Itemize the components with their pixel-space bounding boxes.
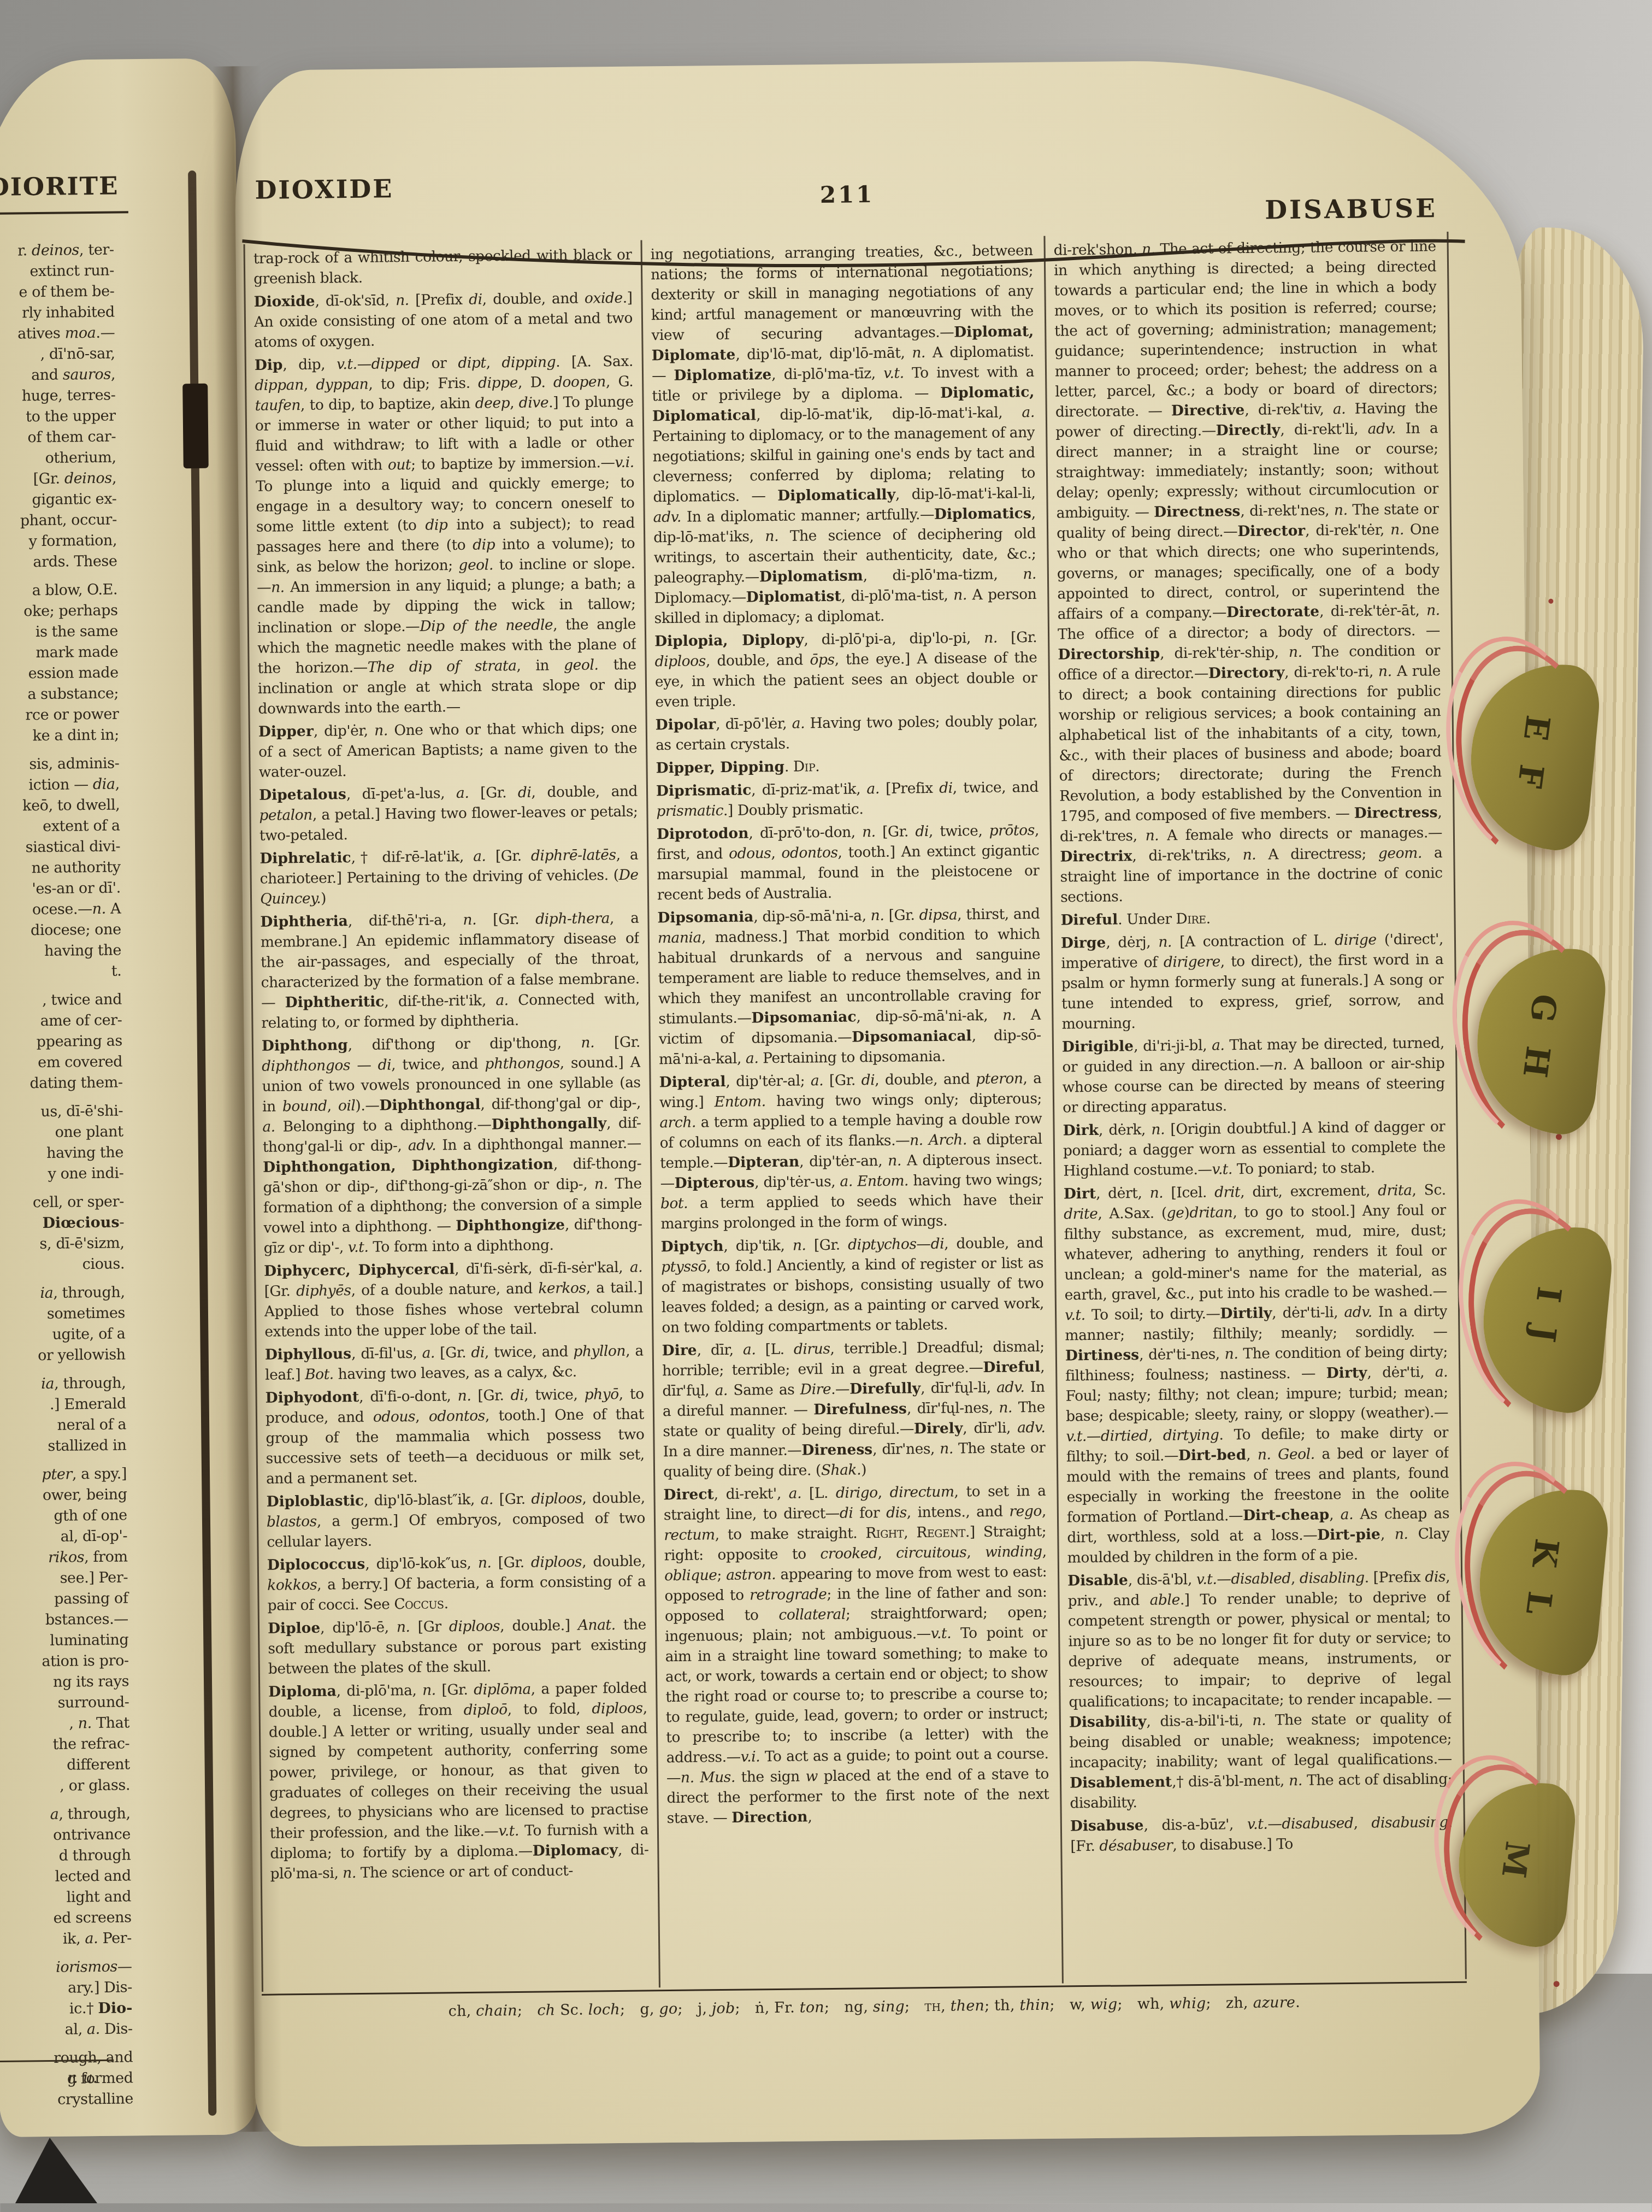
thumb-tab-ef: E F <box>1463 657 1603 854</box>
thumb-tab-ij: I J <box>1476 1219 1615 1416</box>
thumb-tab-kl: K L <box>1472 1482 1612 1679</box>
thumb-tab-gh: G H <box>1469 940 1609 1137</box>
thumb-tab-m: M <box>1452 1776 1578 1950</box>
thumb-tab-label: M <box>1493 1839 1537 1886</box>
thumb-index-tabs: E FG HI JK LM <box>0 0 1652 2203</box>
thumb-tab-label: E F <box>1509 713 1557 797</box>
thumb-tab-label: K L <box>1517 1537 1566 1623</box>
thumb-tab-label: I J <box>1523 1285 1568 1351</box>
thumb-tab-label: G H <box>1514 992 1564 1086</box>
open-dictionary-book: DIORITE r. deinos, ter-extinct run-e of … <box>0 0 1652 2203</box>
photo-scene: DIORITE r. deinos, ter-extinct run-e of … <box>0 0 1652 2203</box>
